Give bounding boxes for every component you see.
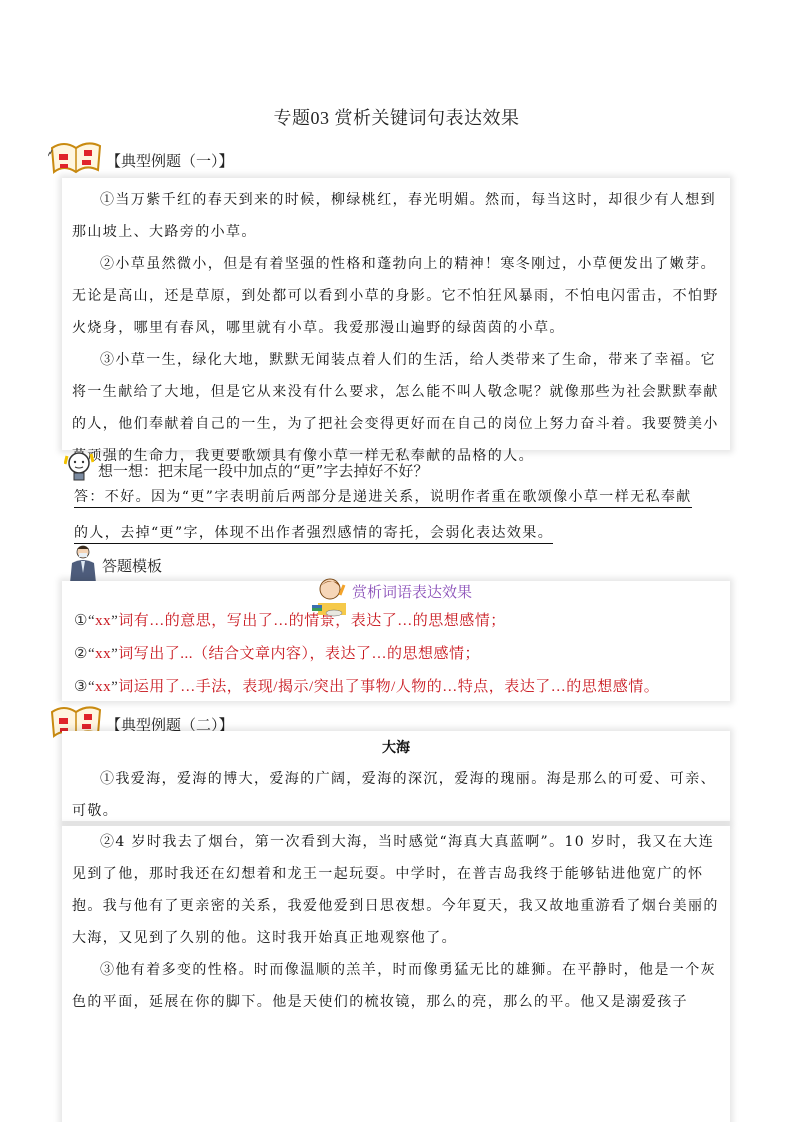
paragraph: ②小草虽然微小，但是有着坚强的性格和蓬勃向上的精神！寒冬刚过，小草便发出了嫩芽。…: [62, 248, 730, 344]
template-line: ③“xx”词运用了…手法，表现/揭示/突出了事物/人物的…特点，表达了…的思想感…: [62, 671, 730, 704]
paragraph: ①我爱海，爱海的博大，爱海的广阔，爱海的深沉，爱海的瑰丽。海是那么的可爱、可亲、…: [62, 763, 730, 827]
document-title: 专题03 赏析关键词句表达效果: [0, 104, 793, 130]
template-heading: 答题模板: [102, 555, 162, 576]
paragraph: ②4 岁时我去了烟台，第一次看到大海，当时感觉“海真大真蓝啊”。10 岁时，我又…: [62, 826, 730, 954]
answer-line: 的人，去掉“更”字，体现不出作者强烈感情的寄托，会弱化表达效果。: [74, 525, 553, 544]
open-book-icon: [48, 138, 104, 182]
example2-passage-body: ②4 岁时我去了烟台，第一次看到大海，当时感觉“海真大真蓝啊”。10 岁时，我又…: [62, 826, 730, 1122]
template-box: 赏析词语表达效果 ①“xx”词有…的意思，写出了…的情景，表达了…的思想感情； …: [62, 581, 730, 701]
paragraph: ③他有着多变的性格。时而像温顺的羔羊，时而像勇猛无比的雄狮。在平静时，他是一个灰…: [62, 954, 730, 1018]
answer-line: 答：不好。因为“更”字表明前后两部分是递进关系，说明作者重在歌颂像小草一样无私奉…: [74, 489, 692, 508]
student-reading-icon: [310, 575, 354, 623]
paragraph: ①当万紫千红的春天到来的时候，柳绿桃红，春光明媚。然而，每当这时，却很少有人想到…: [62, 184, 730, 248]
answer-block: 答：不好。因为“更”字表明前后两部分是递进关系，说明作者重在歌颂像小草一样无私奉…: [74, 482, 734, 548]
example1-passage: ①当万紫千红的春天到来的时候，柳绿桃红，春光明媚。然而，每当这时，却很少有人想到…: [62, 178, 730, 450]
template-line: ①“xx”词有…的意思，写出了…的情景，表达了…的思想感情；: [62, 605, 730, 638]
essay-title: 大海: [62, 731, 730, 763]
example1-heading: 【典型例题（一）】: [106, 150, 234, 171]
template-line: ②“xx”词写出了...（结合文章内容），表达了…的思想感情；: [62, 638, 730, 671]
example2-passage-top: 大海 ①我爱海，爱海的博大，爱海的广阔，爱海的深沉，爱海的瑰丽。海是那么的可爱、…: [62, 731, 730, 821]
think-question: 想一想：把末尾一段中加点的“更”字去掉好不好？: [98, 460, 428, 481]
example1-heading-row: 【典型例题（一）】: [48, 138, 234, 182]
template-box-title: 赏析词语表达效果: [352, 581, 472, 602]
